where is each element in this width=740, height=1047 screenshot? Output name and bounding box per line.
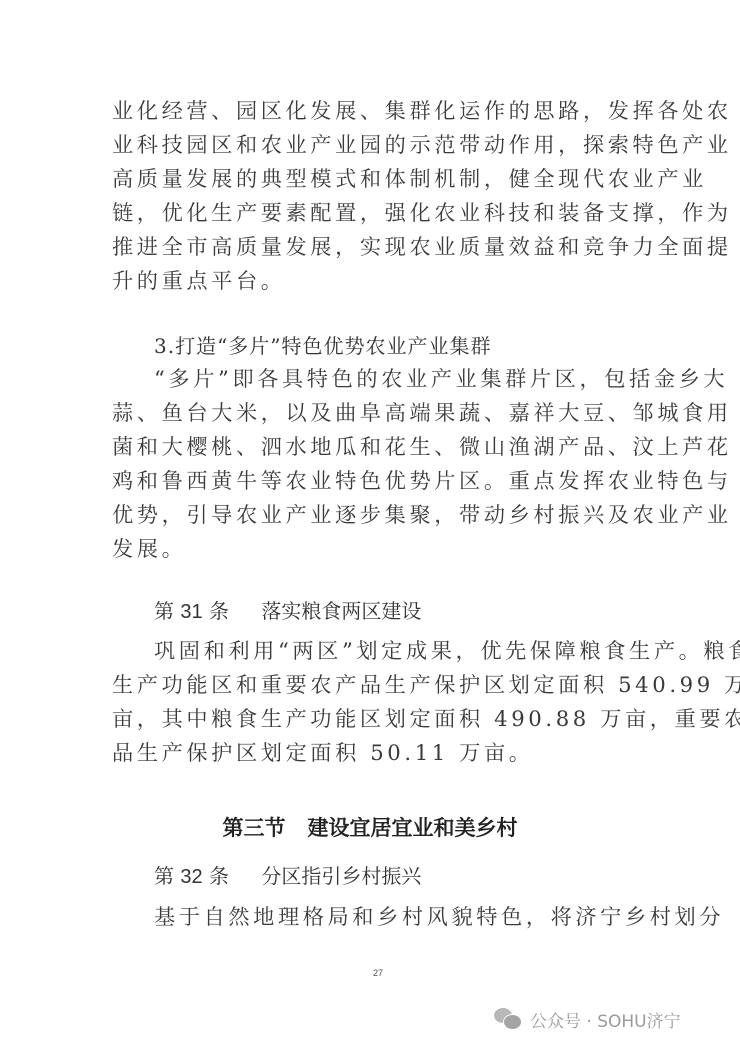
text-line: 巩固和利用“两区”划定成果，优先保障粮食生产。粮食 (112, 634, 624, 668)
text-line: 品生产保护区划定面积 50.11 万亩。 (112, 736, 624, 770)
document-page: 业化经营、园区化发展、集群化运作的思路，发挥各处农 业科技园区和农业产业园的示范… (0, 0, 740, 1047)
text-line: 高质量发展的典型模式和体制机制，健全现代农业产业 (112, 162, 624, 196)
wechat-icon (494, 1007, 524, 1031)
text-line: 业化经营、园区化发展、集群化运作的思路，发挥各处农 (112, 94, 624, 128)
text-line: 链，优化生产要素配置，强化农业科技和装备支撑，作为 (112, 196, 624, 230)
paragraph-agri-parks: 业化经营、园区化发展、集群化运作的思路，发挥各处农 业科技园区和农业产业园的示范… (112, 94, 624, 298)
watermark: 公众号 · SOHU济宁 (494, 1004, 681, 1034)
section-title-text: 建设宜居宜业和美乡村 (308, 816, 518, 840)
text-line: 基于自然地理格局和乡村风貌特色，将济宁乡村划分 (154, 900, 666, 934)
article-31-heading: 第 31 条 落实粮食两区建设 (154, 595, 421, 624)
text-line: 生产功能区和重要农产品生产保护区划定面积 540.99 万 (112, 668, 624, 702)
watermark-text: 公众号 · SOHU济宁 (530, 1007, 681, 1032)
article-prefix: 第 (154, 864, 174, 888)
text-line: 亩，其中粮食生产功能区划定面积 490.88 万亩，重要农产 (112, 702, 624, 736)
article-32-heading: 第 32 条 分区指引乡村振兴 (154, 860, 421, 889)
text-line: 升的重点平台。 (112, 264, 624, 298)
text-line: 鸡和鲁西黄牛等农业特色优势片区。重点发挥农业特色与 (112, 464, 624, 498)
paragraph-village-zoning: 基于自然地理格局和乡村风貌特色，将济宁乡村划分 (154, 900, 666, 934)
text-line: 推进全市高质量发展，实现农业质量效益和竞争力全面提 (112, 230, 624, 264)
article-number: 31 (180, 601, 202, 623)
article-suffix: 条 (209, 599, 229, 623)
section-heading: 第三节建设宜居宜业和美乡村 (0, 812, 740, 842)
text-line: “多片”即各具特色的农业产业集群片区，包括金乡大 (112, 362, 624, 396)
article-number: 32 (180, 866, 202, 888)
paragraph-two-zones: 巩固和利用“两区”划定成果，优先保障粮食生产。粮食 生产功能区和重要农产品生产保… (112, 634, 624, 770)
article-prefix: 第 (154, 599, 174, 623)
text-line: 蒜、鱼台大米，以及曲阜高端果蔬、嘉祥大豆、邹城食用 (112, 396, 624, 430)
text-line: 优势，引导农业产业逐步集聚，带动乡村振兴及农业产业 (112, 498, 624, 532)
text-line: 发展。 (112, 532, 624, 566)
article-title: 落实粮食两区建设 (261, 599, 421, 623)
text-line: 业科技园区和农业产业园的示范带动作用，探索特色产业 (112, 128, 624, 162)
article-title: 分区指引乡村振兴 (261, 864, 421, 888)
section-label: 第三节 (223, 816, 286, 840)
page-number: 27 (373, 968, 383, 978)
article-suffix: 条 (209, 864, 229, 888)
subheading-multi-zone: 3.打造“多片”特色优势农业产业集群 (154, 330, 492, 359)
paragraph-multi-zone: “多片”即各具特色的农业产业集群片区，包括金乡大 蒜、鱼台大米，以及曲阜高端果蔬… (112, 362, 624, 566)
text-line: 菌和大樱桃、泗水地瓜和花生、微山渔湖产品、汶上芦花 (112, 430, 624, 464)
